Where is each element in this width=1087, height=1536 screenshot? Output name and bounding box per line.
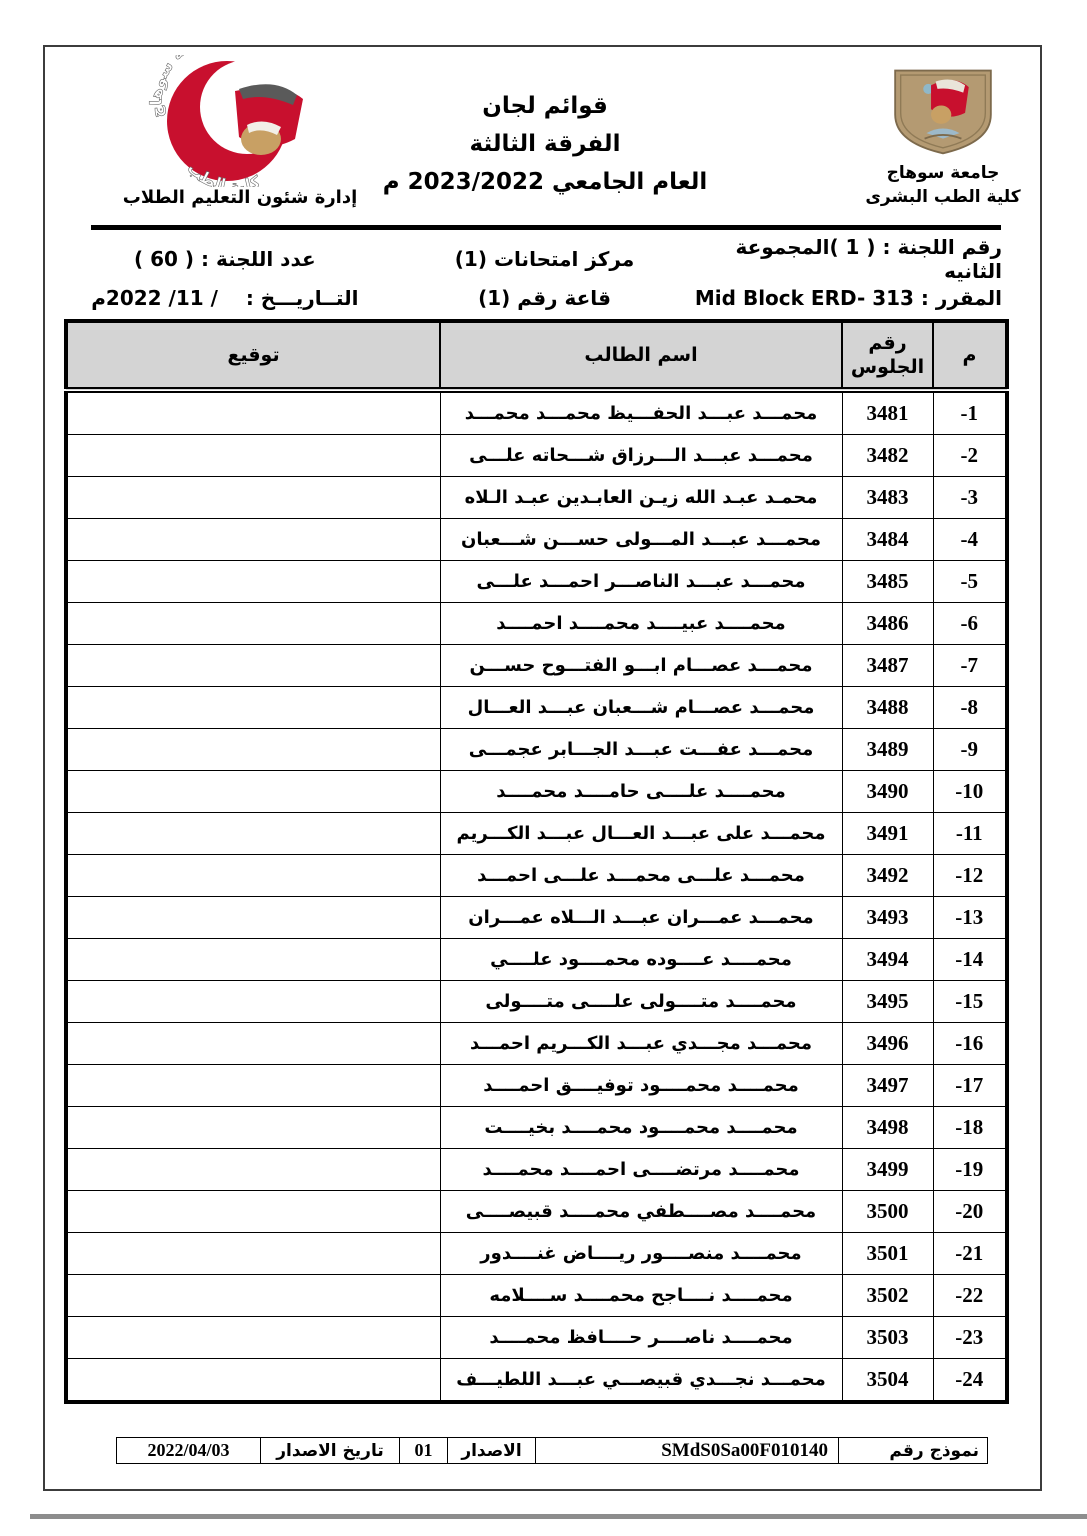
- signature-cell: [66, 645, 440, 687]
- scan-artifact-line: [30, 1514, 1087, 1519]
- signature-cell: [66, 435, 440, 477]
- student-seat-number: 3485: [842, 561, 933, 603]
- signature-cell: [66, 603, 440, 645]
- table-row: 4-3484محمـــد عبـــد المـــولى حســـن شـ…: [66, 519, 1007, 561]
- issue-value: 01: [400, 1438, 448, 1464]
- hall-number: قاعة رقم (1): [405, 286, 685, 310]
- student-name: محمــــد مرتضــــى احمــــد محمــــد: [440, 1149, 842, 1191]
- student-name: محمـــد عبـــد الناصـــر احمـــد علـــى: [440, 561, 842, 603]
- student-seq: 17-: [933, 1065, 1007, 1107]
- student-table-body: 1-3481محمـــد عبـــد الحفـــيظ محمـــد م…: [66, 390, 1007, 1402]
- issue-label: الاصدار: [448, 1438, 536, 1464]
- student-seat-number: 3494: [842, 939, 933, 981]
- student-seat-number: 3495: [842, 981, 933, 1023]
- student-name: محمـــد عصـــام شـــعبان عبـــد العـــال: [440, 687, 842, 729]
- student-name: محمـــد عبـــد المـــولى حســـن شـــعبان: [440, 519, 842, 561]
- table-row: 3-3483محمـد عبـد الله زيـن العابـدين عبـ…: [66, 477, 1007, 519]
- faculty-logo-block: جامعة سوهاج كلية الطب إدارة شئون التعليم…: [105, 55, 375, 208]
- table-row: 2-3482محمـــد عبـــد الـــرزاق شـــحاته …: [66, 435, 1007, 477]
- table-row: 13-3493محمـــد عمـــران عبـــد الـــلاه …: [66, 897, 1007, 939]
- signature-cell: [66, 561, 440, 603]
- document-page: جامعة سوهاج كلية الطب البشرى قوائم لجان …: [43, 45, 1042, 1491]
- student-name: محمـــد عصـــام ابـــو الفتـــوح حســـن: [440, 645, 842, 687]
- table-row: 1-3481محمـــد عبـــد الحفـــيظ محمـــد م…: [66, 390, 1007, 435]
- student-name: محمــــد محمــــود توفيــــق احمــــد: [440, 1065, 842, 1107]
- table-row: 11-3491محمـــد على عبـــد العـــال عبـــ…: [66, 813, 1007, 855]
- signature-cell: [66, 729, 440, 771]
- student-seat-number: 3504: [842, 1359, 933, 1403]
- student-seq: 22-: [933, 1275, 1007, 1317]
- student-seat-number: 3490: [842, 771, 933, 813]
- student-seat-number: 3497: [842, 1065, 933, 1107]
- student-name: محمـــد نجـــدي قبيصـــي عبـــد اللطيـــ…: [440, 1359, 842, 1403]
- student-seat-number: 3501: [842, 1233, 933, 1275]
- form-footer-row: نموذج رقم SMdS0Sa00F010140 الاصدار 01 تا…: [117, 1438, 988, 1464]
- student-seq: 14-: [933, 939, 1007, 981]
- signature-cell: [66, 813, 440, 855]
- signature-cell: [66, 1317, 440, 1359]
- signature-cell: [66, 477, 440, 519]
- table-row: 18-3498محمــــد محمــــود محمــــد بخيــ…: [66, 1107, 1007, 1149]
- exam-info-block: رقم اللجنة : ( 1 )المجموعة الثانيه مركز …: [45, 239, 1044, 317]
- crescent-logo-icon: جامعة سوهاج كلية الطب: [135, 55, 345, 187]
- university-logo-block: جامعة سوهاج كلية الطب البشرى: [853, 65, 1033, 209]
- student-name: محمـــد عبـــد الـــرزاق شـــحاته علـــى: [440, 435, 842, 477]
- student-name: محمــــد مصــــطفي محمــــد قبيصــــى: [440, 1191, 842, 1233]
- student-seat-number: 3493: [842, 897, 933, 939]
- student-seat-number: 3486: [842, 603, 933, 645]
- student-name: محمــــد منصــــور ريــــاض غنــــدور: [440, 1233, 842, 1275]
- title-line-1: قوائم لجان: [345, 87, 745, 125]
- student-seat-number: 3499: [842, 1149, 933, 1191]
- student-seat-number: 3483: [842, 477, 933, 519]
- student-seq: 24-: [933, 1359, 1007, 1403]
- student-name: محمــــد عــــوده محمــــود علــــي: [440, 939, 842, 981]
- student-seq: 13-: [933, 897, 1007, 939]
- table-row: 9-3489محمـــد عفـــت عبـــد الجـــابر عج…: [66, 729, 1007, 771]
- table-row: 14-3494محمــــد عــــوده محمــــود علـــ…: [66, 939, 1007, 981]
- table-row: 21-3501محمــــد منصــــور ريــــاض غنـــ…: [66, 1233, 1007, 1275]
- table-row: 16-3496محمـــد مجـــدي عبـــد الكـــريم …: [66, 1023, 1007, 1065]
- committee-number: رقم اللجنة : ( 1 )المجموعة الثانيه: [684, 235, 1044, 283]
- student-seat-number: 3482: [842, 435, 933, 477]
- document-title-block: قوائم لجان الفرقة الثالثة العام الجامعي …: [345, 87, 745, 201]
- signature-cell: [66, 1149, 440, 1191]
- header-signature: توقيع: [66, 321, 440, 390]
- exam-date: التــاريـــخ : / 11/ 2022م: [45, 286, 405, 310]
- student-seq: 1-: [933, 390, 1007, 435]
- signature-cell: [66, 1275, 440, 1317]
- signature-cell: [66, 897, 440, 939]
- table-row: 12-3492محمـــد علـــى محمـــد علـــى احم…: [66, 855, 1007, 897]
- student-name: محمــــد عبيــــد محمــــد احمــــد: [440, 603, 842, 645]
- student-seat-number: 3487: [842, 645, 933, 687]
- student-seq: 7-: [933, 645, 1007, 687]
- table-row: 20-3500محمــــد مصــــطفي محمــــد قبيصـ…: [66, 1191, 1007, 1233]
- student-seat-number: 3488: [842, 687, 933, 729]
- course-code: المقرر : Mid Block ERD- 313: [684, 286, 1044, 310]
- student-seq: 21-: [933, 1233, 1007, 1275]
- signature-cell: [66, 771, 440, 813]
- faculty-name: كلية الطب البشرى: [853, 185, 1033, 209]
- student-seq: 2-: [933, 435, 1007, 477]
- signature-cell: [66, 1233, 440, 1275]
- title-line-3: العام الجامعي 2023/2022 م: [345, 163, 745, 201]
- table-row: 22-3502محمــــد نــــاجح محمــــد ســــل…: [66, 1275, 1007, 1317]
- students-table: م رقم الجلوس اسم الطالب توقيع 1-3481محمـ…: [64, 319, 1009, 1404]
- student-seq: 3-: [933, 477, 1007, 519]
- student-seq: 4-: [933, 519, 1007, 561]
- table-row: 15-3495محمــــد متــــولى علــــى متــــ…: [66, 981, 1007, 1023]
- student-name: محمــــد متــــولى علــــى متــــولى: [440, 981, 842, 1023]
- table-row: 6-3486محمــــد عبيــــد محمــــد احمــــ…: [66, 603, 1007, 645]
- university-name: جامعة سوهاج: [853, 161, 1033, 185]
- administration-name: إدارة شئون التعليم الطلاب: [105, 187, 375, 208]
- signature-cell: [66, 687, 440, 729]
- title-line-2: الفرقة الثالثة: [345, 125, 745, 163]
- signature-cell: [66, 1359, 440, 1403]
- issue-date-label: تاريخ الاصدار: [261, 1438, 400, 1464]
- student-seq: 20-: [933, 1191, 1007, 1233]
- table-row: 23-3503محمــــد ناصــــر حــــافظ محمـــ…: [66, 1317, 1007, 1359]
- student-seq: 11-: [933, 813, 1007, 855]
- signature-cell: [66, 981, 440, 1023]
- table-row: 7-3487محمـــد عصـــام ابـــو الفتـــوح ح…: [66, 645, 1007, 687]
- student-seat-number: 3496: [842, 1023, 933, 1065]
- form-number-value: SMdS0Sa00F010140: [536, 1438, 839, 1464]
- student-seat-number: 3491: [842, 813, 933, 855]
- student-seq: 16-: [933, 1023, 1007, 1065]
- table-row: 5-3485محمـــد عبـــد الناصـــر احمـــد ع…: [66, 561, 1007, 603]
- student-seq: 18-: [933, 1107, 1007, 1149]
- student-seat-number: 3502: [842, 1275, 933, 1317]
- student-seq: 9-: [933, 729, 1007, 771]
- student-name: محمـــد مجـــدي عبـــد الكـــريم احمـــد: [440, 1023, 842, 1065]
- student-seat-number: 3489: [842, 729, 933, 771]
- student-seq: 12-: [933, 855, 1007, 897]
- student-name: محمــــد ناصــــر حــــافظ محمــــد: [440, 1317, 842, 1359]
- form-footer-table: نموذج رقم SMdS0Sa00F010140 الاصدار 01 تا…: [116, 1437, 988, 1464]
- table-row: 24-3504محمـــد نجـــدي قبيصـــي عبـــد ا…: [66, 1359, 1007, 1403]
- header-seq: م: [933, 321, 1007, 390]
- student-seat-number: 3481: [842, 390, 933, 435]
- university-shield-icon: [884, 65, 1002, 157]
- student-name: محمـــد عفـــت عبـــد الجـــابر عجمـــى: [440, 729, 842, 771]
- student-name: محمـــد علـــى محمـــد علـــى احمـــد: [440, 855, 842, 897]
- signature-cell: [66, 855, 440, 897]
- student-seq: 6-: [933, 603, 1007, 645]
- signature-cell: [66, 1023, 440, 1065]
- student-seq: 10-: [933, 771, 1007, 813]
- student-seq: 5-: [933, 561, 1007, 603]
- student-seq: 15-: [933, 981, 1007, 1023]
- signature-cell: [66, 939, 440, 981]
- student-name: محمــــد نــــاجح محمــــد ســــلامه: [440, 1275, 842, 1317]
- signature-cell: [66, 519, 440, 561]
- student-seat-number: 3498: [842, 1107, 933, 1149]
- student-name: محمـــد على عبـــد العـــال عبـــد الكــ…: [440, 813, 842, 855]
- signature-cell: [66, 390, 440, 435]
- table-row: 19-3499محمــــد مرتضــــى احمــــد محمــ…: [66, 1149, 1007, 1191]
- student-name: محمــــد محمــــود محمــــد بخيــــت: [440, 1107, 842, 1149]
- student-seat-number: 3492: [842, 855, 933, 897]
- student-name: محمـد عبـد الله زيـن العابـدين عبـد الـل…: [440, 477, 842, 519]
- table-row: 10-3490محمــــد علــــى حامــــد محمــــ…: [66, 771, 1007, 813]
- header-seat-number: رقم الجلوس: [842, 321, 933, 390]
- student-name: محمـــد عبـــد الحفـــيظ محمـــد محمـــد: [440, 390, 842, 435]
- table-row: 17-3497محمــــد محمــــود توفيــــق احمـ…: [66, 1065, 1007, 1107]
- signature-cell: [66, 1191, 440, 1233]
- student-seq: 19-: [933, 1149, 1007, 1191]
- table-header-row: م رقم الجلوس اسم الطالب توقيع: [66, 321, 1007, 390]
- student-seat-number: 3484: [842, 519, 933, 561]
- student-seq: 8-: [933, 687, 1007, 729]
- header-divider: [91, 225, 1001, 230]
- student-seat-number: 3503: [842, 1317, 933, 1359]
- student-seq: 23-: [933, 1317, 1007, 1359]
- student-name: محمــــد علــــى حامــــد محمــــد: [440, 771, 842, 813]
- student-seat-number: 3500: [842, 1191, 933, 1233]
- signature-cell: [66, 1107, 440, 1149]
- exam-center: مركز امتحانات (1): [405, 247, 685, 271]
- form-number-label: نموذج رقم: [839, 1438, 988, 1464]
- signature-cell: [66, 1065, 440, 1107]
- header-student-name: اسم الطالب: [440, 321, 842, 390]
- issue-date-value: 2022/04/03: [117, 1438, 261, 1464]
- student-name: محمـــد عمـــران عبـــد الـــلاه عمـــرا…: [440, 897, 842, 939]
- table-row: 8-3488محمـــد عصـــام شـــعبان عبـــد ال…: [66, 687, 1007, 729]
- committee-count: عدد اللجنة : ( 60 ): [45, 247, 405, 271]
